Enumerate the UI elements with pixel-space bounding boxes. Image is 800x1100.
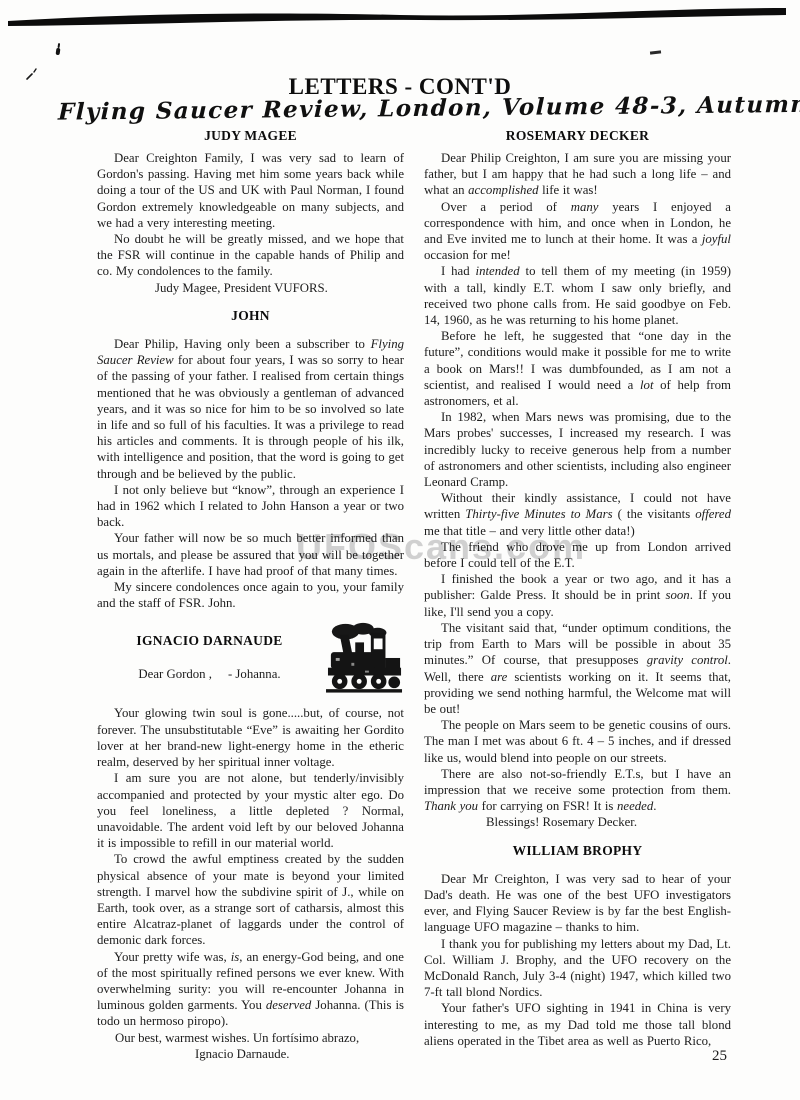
paragraph: I had intended to tell them of my meetin… (424, 263, 731, 328)
signature-judy-magee: Judy Magee, President VUFORS. (97, 280, 404, 296)
paragraph: Dear Philip Creighton, I am sure you are… (424, 150, 731, 199)
paragraph: To crowd the awful emptiness created by … (97, 851, 404, 948)
paragraph: Before he left, he suggested that “one d… (424, 328, 731, 409)
paragraph: I am sure you are not alone, but tenderl… (97, 770, 404, 851)
paragraph: Your pretty wife was, is, an energy-God … (97, 949, 404, 1030)
paragraph: No doubt he will be greatly missed, and … (97, 231, 404, 280)
paragraph: Dear Philip, Having only been a subscrib… (97, 336, 404, 482)
ink-dash-mark (650, 50, 661, 54)
paragraph: Your father will now be so much better i… (97, 530, 404, 579)
paragraph: There are also not-so-friendly E.T.s, bu… (424, 766, 731, 815)
paragraph: Without their kindly assistance, I could… (424, 490, 731, 539)
signature-rosemary-decker: Blessings! Rosemary Decker. (424, 814, 731, 830)
steam-locomotive-image (326, 619, 404, 695)
ignacio-header-text: IGNACIO DARNAUDE Dear Gordon , - Johanna… (97, 619, 322, 681)
scan-artifact-top-band (0, 0, 800, 36)
paragraph: I finished the book a year or two ago, a… (424, 571, 731, 620)
letter-heading-ignacio-darnaude: IGNACIO DARNAUDE (97, 633, 322, 649)
right-column: Dear Philip Creighton, I am sure you are… (424, 150, 731, 1049)
paragraph: My sincere condolences once again to you… (97, 579, 404, 611)
scanned-page: LETTERS - CONT'D Flying Saucer Review, L… (0, 0, 800, 1100)
paragraph: Your father's UFO sighting in 1941 in Ch… (424, 1000, 731, 1049)
paragraph: The visitant said that, “under optimum c… (424, 620, 731, 717)
ignacio-letter-header: IGNACIO DARNAUDE Dear Gordon , - Johanna… (97, 619, 404, 695)
left-column: Dear Creighton Family, I was very sad to… (97, 150, 404, 1062)
paragraph: Dear Creighton Family, I was very sad to… (97, 150, 404, 231)
ink-dot-mark (56, 48, 61, 55)
signature-ignacio-line2: Ignacio Darnaude. (97, 1046, 404, 1062)
signature-ignacio-line1: Our best, warmest wishes. Un fortísimo a… (97, 1030, 404, 1046)
paragraph: I thank you for publishing my letters ab… (424, 936, 731, 1001)
paragraph: I not only believe but “know”, through a… (97, 482, 404, 531)
page-number: 25 (712, 1048, 727, 1065)
paragraph: The friend who drove me up from London a… (424, 539, 731, 571)
paragraph: Your glowing twin soul is gone.....but, … (97, 705, 404, 770)
letter-author-heading-judy-magee: JUDY MAGEE (97, 128, 404, 144)
letter-author-heading-rosemary-decker: ROSEMARY DECKER (424, 128, 731, 144)
paragraph: In 1982, when Mars news was promising, d… (424, 409, 731, 490)
letter-heading-william-brophy: WILLIAM BROPHY (424, 843, 731, 859)
letter-heading-john: JOHN (97, 308, 404, 324)
paragraph: Over a period of many years I enjoyed a … (424, 199, 731, 264)
paragraph: The people on Mars seem to be genetic co… (424, 717, 731, 766)
ignacio-salutation: Dear Gordon , - Johanna. (97, 666, 322, 682)
paragraph: Dear Mr Creighton, I was very sad to hea… (424, 871, 731, 936)
